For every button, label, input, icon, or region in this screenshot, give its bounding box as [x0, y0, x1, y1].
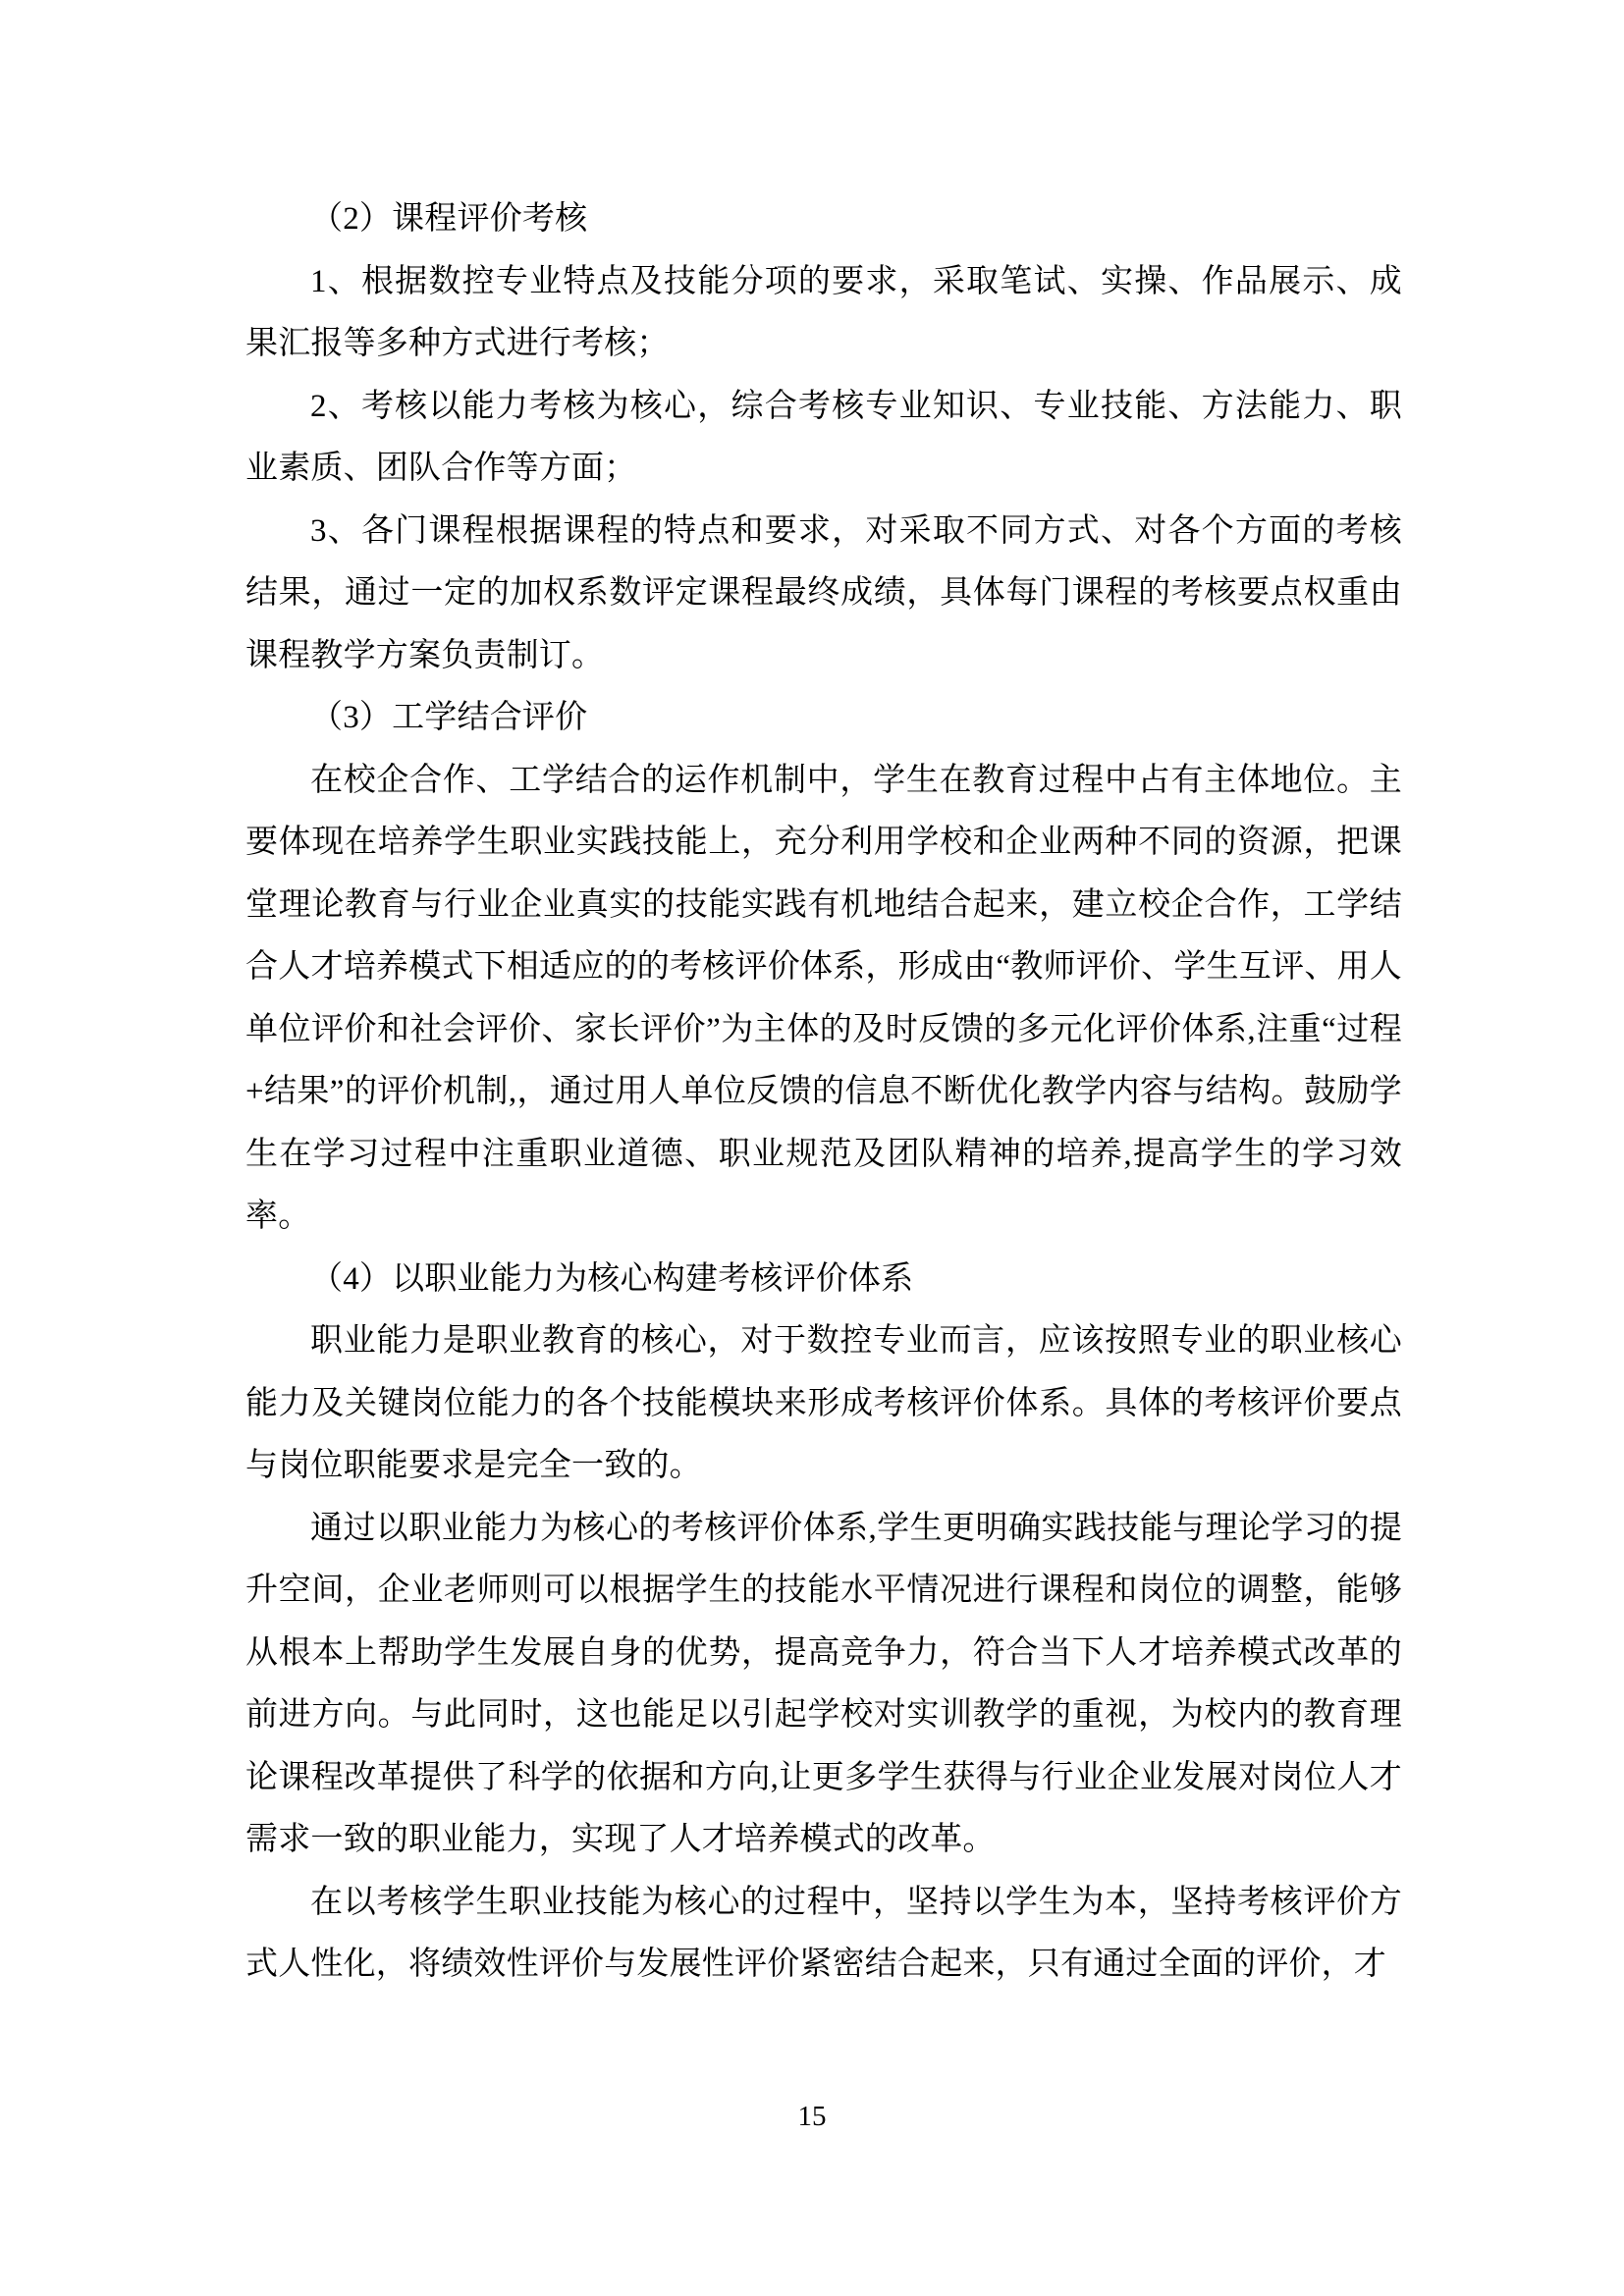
- body-paragraph: 在以考核学生职业技能为核心的过程中，坚持以学生为本，坚持考核评价方式人性化，将绩…: [245, 1872, 1402, 1997]
- body-paragraph: 在校企合作、工学结合的运作机制中，学生在教育过程中占有主体地位。主要体现在培养学…: [245, 750, 1402, 1249]
- body-paragraph: 2、考核以能力考核为核心，综合考核专业知识、专业技能、方法能力、职业素质、团队合…: [245, 376, 1402, 501]
- page-body-text: （2）课程评价考核 1、根据数控专业特点及技能分项的要求，采取笔试、实操、作品展…: [245, 188, 1402, 1997]
- body-paragraph: 通过以职业能力为核心的考核评价体系,学生更明确实践技能与理论学习的提升空间，企业…: [245, 1498, 1402, 1872]
- body-paragraph: 职业能力是职业教育的核心，对于数控专业而言，应该按照专业的职业核心能力及关键岗位…: [245, 1310, 1402, 1498]
- section-heading: （2）课程评价考核: [245, 188, 1402, 251]
- document-page: （2）课程评价考核 1、根据数控专业特点及技能分项的要求，采取笔试、实操、作品展…: [0, 0, 1624, 2296]
- body-paragraph: 3、各门课程根据课程的特点和要求，对采取不同方式、对各个方面的考核结果，通过一定…: [245, 501, 1402, 688]
- body-paragraph: 1、根据数控专业特点及技能分项的要求，采取笔试、实操、作品展示、成果汇报等多种方…: [245, 251, 1402, 376]
- page-number: 15: [0, 2097, 1624, 2136]
- section-heading: （4）以职业能力为核心构建考核评价体系: [245, 1249, 1402, 1311]
- section-heading: （3）工学结合评价: [245, 687, 1402, 750]
